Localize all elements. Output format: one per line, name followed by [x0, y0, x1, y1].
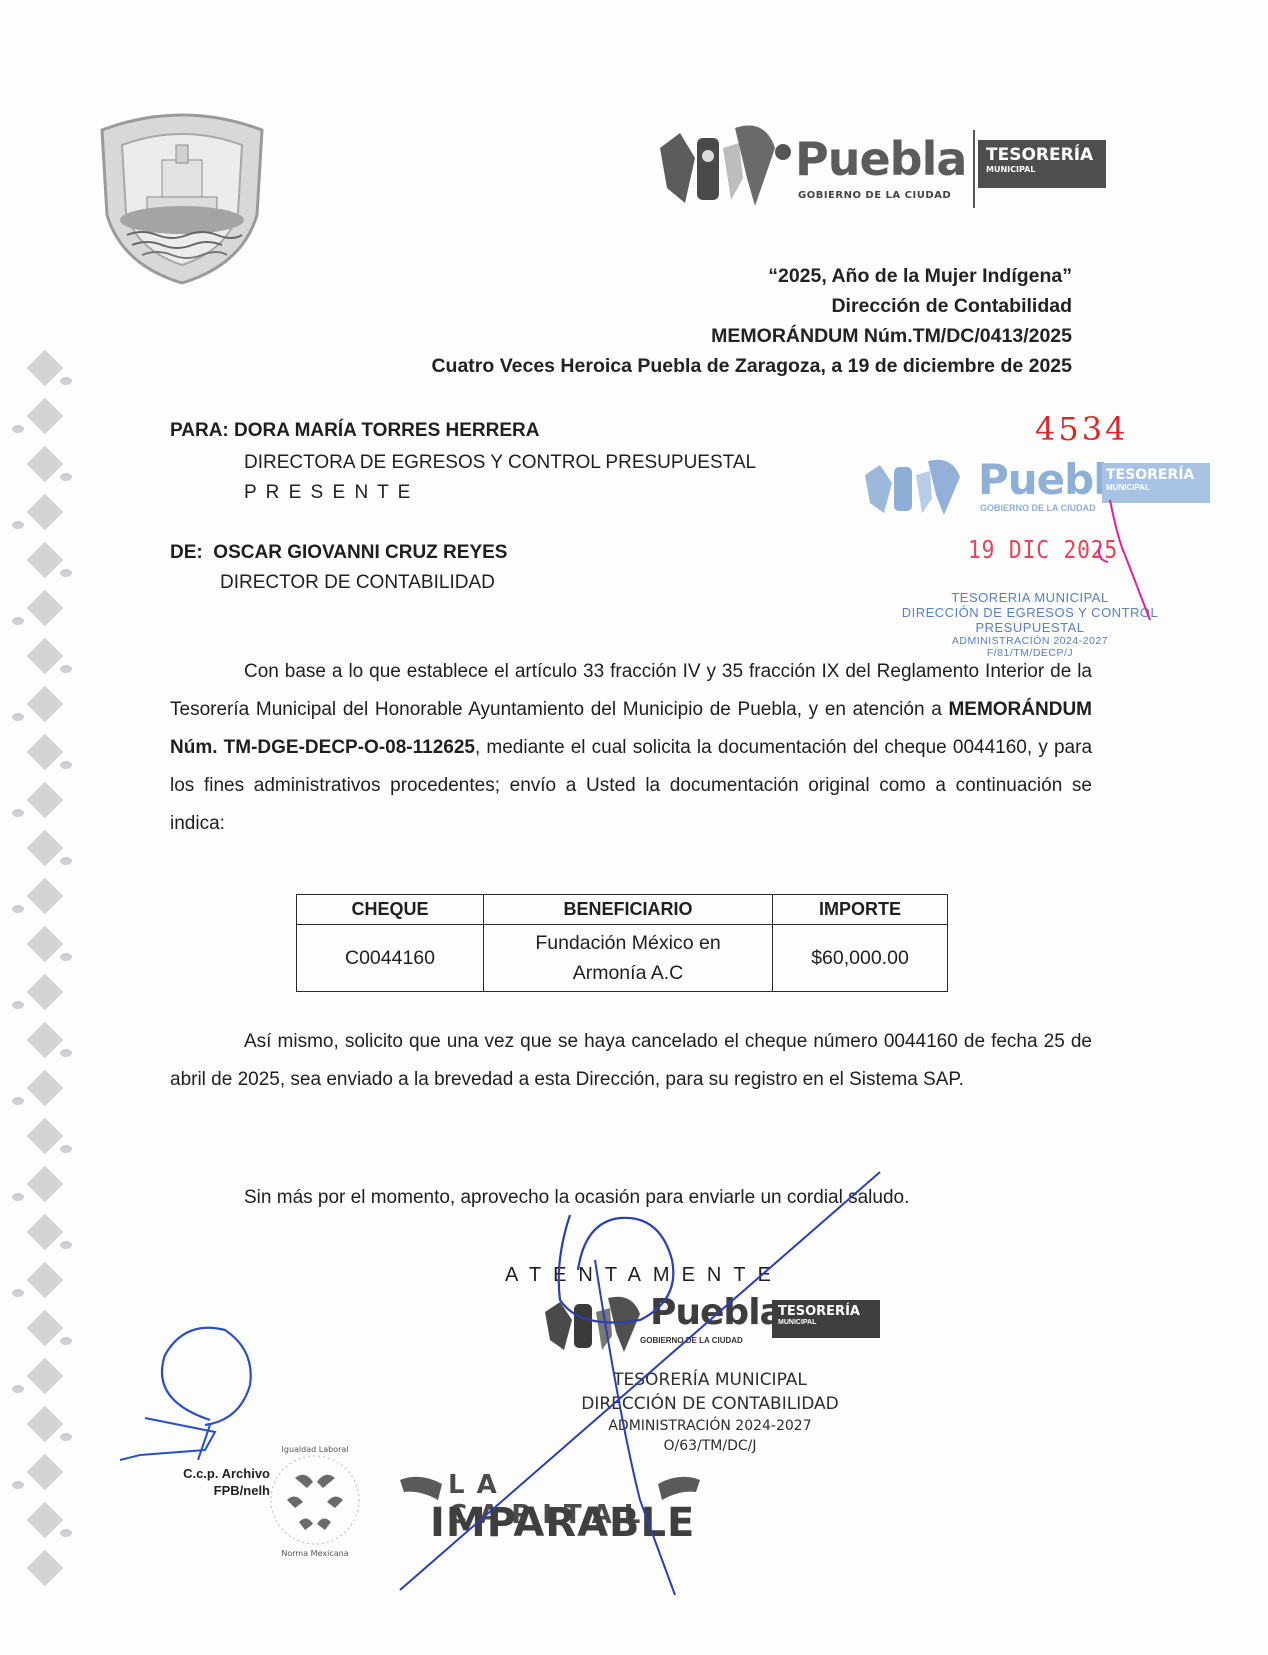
logo-divider [973, 130, 975, 208]
sender-block: DE: OSCAR GIOVANNI CRUZ REYES [170, 542, 507, 564]
year-slogan: “2025, Año de la Mujer Indígena” [768, 262, 1072, 290]
addressee-title: DIRECTORA DE EGRESOS Y CONTROL PRESUPUES… [244, 452, 756, 474]
beneficiario-cell: Fundación México en Armonía A.C [484, 925, 773, 992]
equality-seal: Igualdad Laboral Norma Mexicana [255, 1440, 375, 1560]
slogan-line-2: IMPARABLE [430, 1500, 695, 1546]
memo-number: MEMORÁNDUM Núm.TM/DC/0413/2025 [711, 322, 1072, 350]
received-stamp-dept-sub: MUNICIPAL [1106, 483, 1210, 492]
signature-logo-stamp: Puebla GOBIERNO DE LA CIUDAD TESORERÍA M… [540, 1292, 880, 1362]
received-stamp-subtitle: GOBIERNO DE LA CIUDAD [980, 503, 1096, 513]
received-stamp-line4: ADMINISTRACIÓN 2024-2027 [880, 635, 1180, 647]
svg-text:Norma Mexicana: Norma Mexicana [281, 1549, 348, 1558]
closing-atentamente: ATENTAMENTE [505, 1264, 783, 1287]
received-stamp-dept-box: TESORERÍA MUNICIPAL [1102, 463, 1210, 503]
received-stamp-text: TESORERIA MUNICIPAL DIRECCIÓN DE EGRESOS… [880, 590, 1180, 659]
logo-dept-box: TESORERÍA MUNICIPAL [978, 140, 1106, 188]
addressee-presente: P R E S E N T E [244, 482, 412, 504]
sender-name: OSCAR GIOVANNI CRUZ REYES [213, 542, 507, 563]
beneficiario-line-2: Armonía A.C [485, 958, 771, 988]
addressee-block: PARA: DORA MARÍA TORRES HERRERA [170, 420, 539, 442]
signature-stamp-line2: DIRECCIÓN DE CONTABILIDAD [550, 1392, 870, 1416]
logo-dept-sub: MUNICIPAL [986, 165, 1106, 174]
addressee-name: DORA MARÍA TORRES HERRERA [234, 420, 539, 441]
column-header-beneficiario: BENEFICIARIO [484, 895, 773, 925]
sender-label: DE: [170, 542, 203, 563]
received-stamp-logo: Puebla GOBIERNO DE LA CIUDAD TESORERÍA M… [860, 455, 1210, 515]
puebla-emblem-icon [540, 1292, 650, 1352]
puebla-emblem-icon [655, 118, 795, 210]
coat-of-arms [92, 105, 272, 285]
logo-dept: TESORERÍA [986, 145, 1106, 165]
cheque-table: CHEQUE BENEFICIARIO IMPORTE C0044160 Fun… [296, 894, 948, 992]
signature-stamp-line1: TESORERÍA MUNICIPAL [550, 1368, 870, 1392]
addressee-label: PARA: [170, 420, 229, 441]
signature-logo-subtitle: GOBIERNO DE LA CIUDAD [640, 1336, 743, 1345]
body-paragraph-2: Así mismo, solicito que una vez que se h… [170, 1023, 1092, 1099]
place-date: Cuatro Veces Heroica Puebla de Zaragoza,… [431, 352, 1072, 380]
direction-name: Dirección de Contabilidad [831, 292, 1072, 320]
sender-title: DIRECTOR DE CONTABILIDAD [220, 572, 495, 594]
importe-cell: $60,000.00 [773, 925, 948, 992]
received-stamp-dept: TESORERÍA [1106, 467, 1210, 483]
decorative-border [10, 355, 80, 1625]
table-row: C0044160 Fundación México en Armonía A.C… [297, 925, 948, 992]
signature-logo-city: Puebla [650, 1292, 783, 1333]
signature-logo-dept-sub: MUNICIPAL [778, 1319, 880, 1326]
logo-city-name: Puebla [795, 132, 966, 186]
cheque-cell: C0044160 [297, 925, 484, 992]
column-header-importe: IMPORTE [773, 895, 948, 925]
signature-logo-dept-box: TESORERÍA MUNICIPAL [772, 1300, 880, 1338]
signature-stamp-line3: ADMINISTRACIÓN 2024-2027 [550, 1416, 870, 1436]
column-header-cheque: CHEQUE [297, 895, 484, 925]
body-paragraph-1: Con base a lo que establece el artículo … [170, 653, 1092, 843]
svg-text:Igualdad Laboral: Igualdad Laboral [282, 1445, 349, 1454]
body-paragraph-3: Sin más por el momento, aprovecho la oca… [170, 1179, 1092, 1217]
capital-imparable-slogan: LA CAPITAL IMPARABLE [400, 1470, 700, 1550]
header-logo: Puebla GOBIERNO DE LA CIUDAD TESORERÍA M… [655, 118, 1105, 210]
puebla-emblem-icon [860, 455, 975, 515]
folio-number-stamp: 4534 [1035, 410, 1128, 448]
logo-subtitle: GOBIERNO DE LA CIUDAD [798, 190, 951, 201]
received-stamp-line2: DIRECCIÓN DE EGRESOS Y CONTROL [880, 605, 1180, 620]
beneficiario-line-1: Fundación México en [485, 928, 771, 958]
signature-stamp-line4: O/63/TM/DC/J [550, 1436, 870, 1456]
received-stamp-line1: TESORERIA MUNICIPAL [880, 590, 1180, 605]
received-stamp-line3: PRESUPUESTAL [880, 620, 1180, 635]
signature-stamp-text: TESORERÍA MUNICIPAL DIRECCIÓN DE CONTABI… [550, 1368, 870, 1456]
received-date-stamp: 19 DIC 2025 [968, 535, 1118, 564]
signature-logo-dept: TESORERÍA [778, 1304, 880, 1319]
